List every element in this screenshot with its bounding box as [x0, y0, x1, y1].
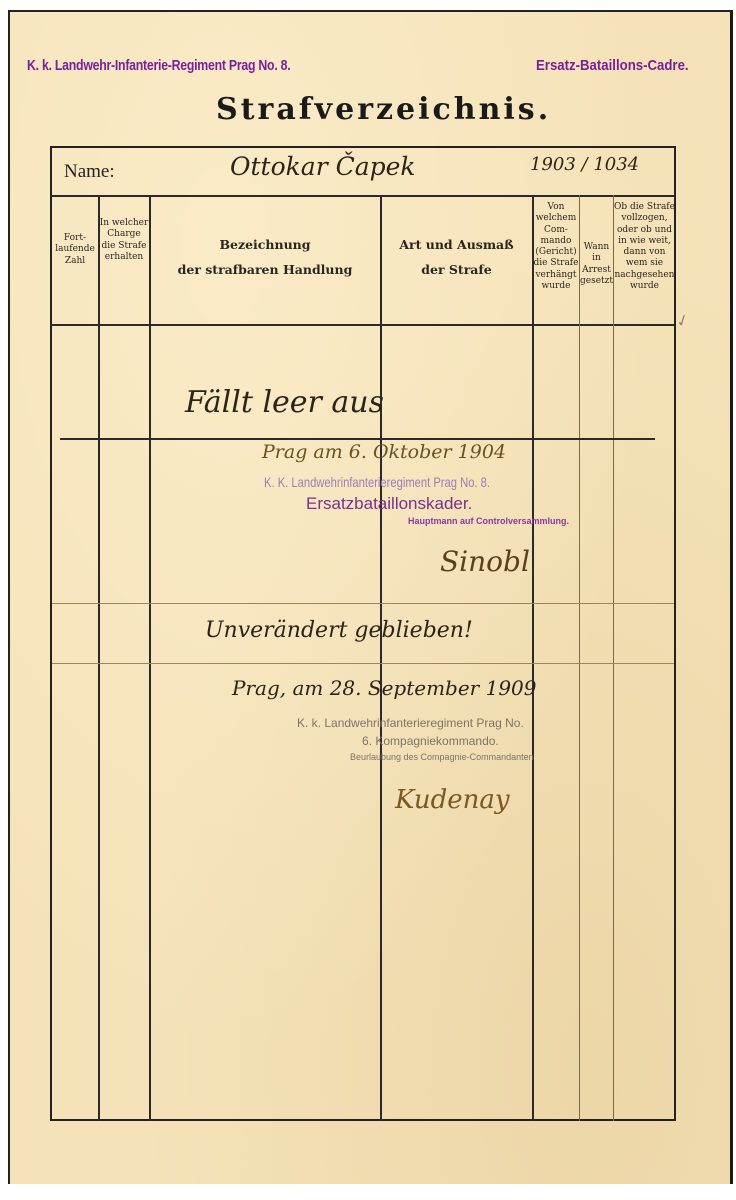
header-arrest: Wann in Arrest gesetzt — [580, 242, 613, 287]
entry-2-stamp-kompagnie: 6. Kompagniekommando. — [362, 734, 499, 748]
page-title: Strafverzeichnis. — [216, 92, 551, 127]
column-divider — [98, 195, 100, 1121]
header-bezeichnung-line1: Bezeichnung — [150, 232, 380, 257]
entry-1-place-date: Prag am 6. Oktober 1904 — [262, 441, 506, 463]
entry-1-stamp-regiment: K. K. Landwehrinfanterieregiment Prag No… — [264, 474, 490, 490]
entry-2-divider — [52, 663, 674, 664]
header-divider — [50, 324, 676, 326]
entry-1-signature: Sinobl — [440, 545, 530, 578]
entry-2-signature: Kudenay — [395, 785, 510, 815]
header-bezeichnung: Bezeichnung der strafbaren Handlung — [150, 232, 380, 282]
entry-1-divider — [60, 438, 655, 440]
name-label: Name: — [64, 161, 115, 183]
header-fortlaufende-zahl: Fort-laufende Zahl — [52, 233, 98, 267]
column-divider — [380, 195, 382, 1121]
header-vollzogen: Ob die Strafe vollzogen, oder ob und in … — [614, 202, 675, 292]
header-commando: Von welchem Com-mando (Gericht) die Stra… — [533, 202, 579, 292]
column-divider — [149, 195, 151, 1121]
entry-1-stamp-hauptmann: Hauptmann auf Controlversammlung. — [408, 516, 569, 526]
column-divider — [579, 195, 580, 1121]
entry-separator — [52, 603, 674, 604]
name-row-divider — [50, 195, 676, 197]
header-bezeichnung-line2: der strafbaren Handlung — [150, 257, 380, 282]
entry-2-stamp-beurlaubung: Beurlaubung des Compagnie-Commandanten — [350, 752, 534, 762]
regiment-stamp: K. k. Landwehr-Infanterie-Regiment Prag … — [27, 57, 290, 74]
header-art-line1: Art und Ausmaß — [381, 232, 532, 257]
column-divider — [532, 195, 534, 1121]
battalion-stamp: Ersatz-Bataillons-Cadre. — [536, 57, 689, 74]
registry-number: 1903 / 1034 — [530, 154, 639, 175]
entry-1-stamp-kader: Ersatzbataillonskader. — [306, 494, 472, 514]
header-art-ausmass: Art und Ausmaß der Strafe — [381, 232, 532, 282]
entry-2-place-date: Prag, am 28. September 1909 — [232, 676, 537, 700]
column-divider — [613, 195, 614, 1121]
name-value: Ottokar Čapek — [230, 152, 416, 181]
header-art-line2: der Strafe — [381, 257, 532, 282]
header-charge: In welcher Charge die Strafe erhalten — [99, 218, 149, 263]
entry-2-stamp-regiment: K. k. Landwehrinfanterieregiment Prag No… — [297, 716, 524, 730]
entry-1-text: Fällt leer aus — [185, 385, 384, 420]
entry-2-text: Unverändert geblieben! — [205, 618, 473, 643]
